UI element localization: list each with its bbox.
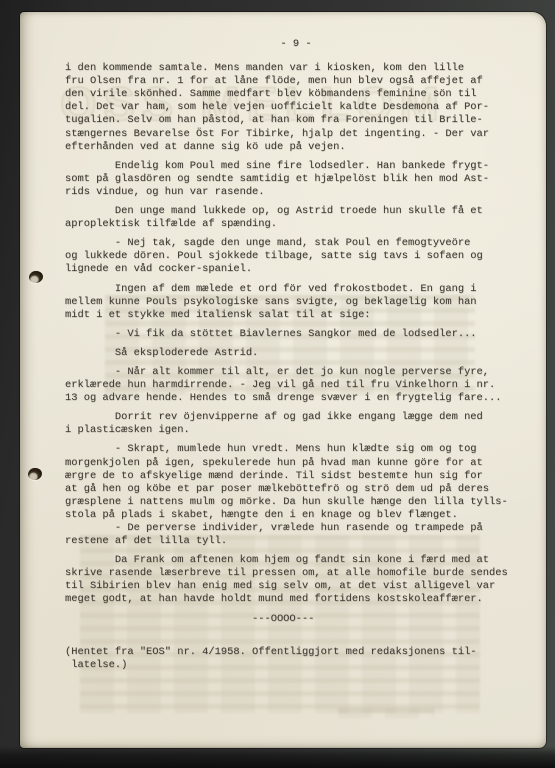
body-paragraph: Den unge mand lukkede op, og Astrid troe… [65,205,527,231]
bleedthrough-text-block [338,708,434,718]
page-number: - 9 - [65,38,527,51]
body-paragraph: - Skrapt, mumlede hun vredt. Mens hun kl… [65,443,527,548]
section-divider: ---OOOO--- [65,613,527,626]
body-paragraph: - Vi fik da stöttet Biavlernes Sangkor m… [65,328,527,341]
body-paragraph: Ingen af dem mælede et ord för ved froko… [65,283,527,322]
body-paragraph: Så eksploderede Astrid. [65,347,527,360]
body-paragraph: i den kommende samtale. Mens manden var … [65,62,527,154]
body-paragraph: Endelig kom Poul med sine fire lodsedler… [65,160,527,199]
source-note: (Hentet fra "EOS" nr. 4/1958. Offentligg… [65,646,527,672]
body-paragraph: Da Frank om aftenen kom hjem og fandt si… [65,554,527,606]
body-paragraph: - Når alt kommer til alt, er det jo kun … [65,366,527,405]
body-paragraph: - Nej tak, sagde den unge mand, stak Pou… [65,237,527,276]
paper-sheet: OSS MELLOM - 9 - i den kommende samtale.… [20,12,546,748]
scanned-page-scene: OSS MELLOM - 9 - i den kommende samtale.… [0,0,555,768]
punch-hole [27,467,43,481]
body-paragraph: Dorrit rev öjenvipperne af og gad ikke e… [65,411,527,437]
punch-hole [28,270,44,284]
typewritten-content: - 9 - i den kommende samtale. Mens mande… [65,38,527,678]
